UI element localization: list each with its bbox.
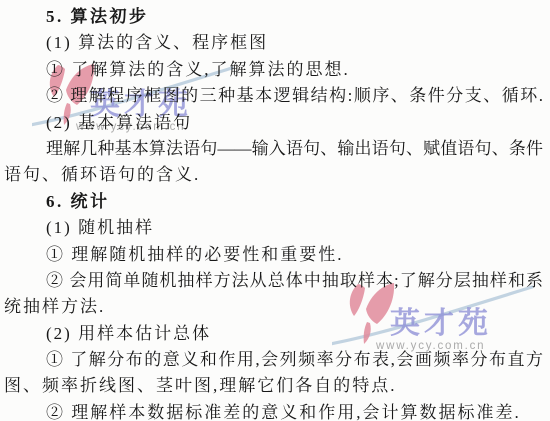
subsection-6-2-title: (2) 用样本估计总体 — [0, 321, 550, 347]
section-6-heading: 6. 统计 — [0, 189, 550, 215]
item-6-1-b-line-2: 统抽样方法. — [0, 294, 550, 320]
subsection-6-1-title: (1) 随机抽样 — [0, 215, 550, 241]
scanned-document-page: 英才苑 www.ycy.com.cn 5. 算法初步 (1) 算法的含义、程序框… — [0, 0, 550, 421]
paragraph-5-2-line-1: 理解几种基本算法语句——输入语句、输出语句、赋值语句、条件 — [0, 136, 550, 162]
subsection-5-1-title: (1) 算法的含义、程序框图 — [0, 30, 550, 56]
item-6-2-b: ② 理解样本数据标准差的意义和作用,会计算数据标准差. — [0, 400, 550, 421]
document-text: 5. 算法初步 (1) 算法的含义、程序框图 ① 了解算法的含义,了解算法的思想… — [0, 0, 550, 421]
subsection-5-2-title: (2) 基本算法语句 — [0, 110, 550, 136]
item-6-2-a-line-1: ① 了解分布的意义和作用,会列频率分布表,会画频率分布直方 — [0, 347, 550, 373]
item-6-1-a: ① 理解随机抽样的必要性和重要性. — [0, 242, 550, 268]
item-5-1-b: ② 理解程序框图的三种基本逻辑结构:顺序、条件分支、循环. — [0, 83, 550, 109]
section-5-heading: 5. 算法初步 — [0, 4, 550, 30]
item-6-1-b-line-1: ② 会用简单随机抽样方法从总体中抽取样本;了解分层抽样和系 — [0, 268, 550, 294]
item-5-1-a: ① 了解算法的含义,了解算法的思想. — [0, 57, 550, 83]
item-6-2-a-line-2: 图、频率折线图、茎叶图,理解它们各自的特点. — [0, 373, 550, 399]
paragraph-5-2-line-2: 语句、循环语句的含义. — [0, 162, 550, 188]
